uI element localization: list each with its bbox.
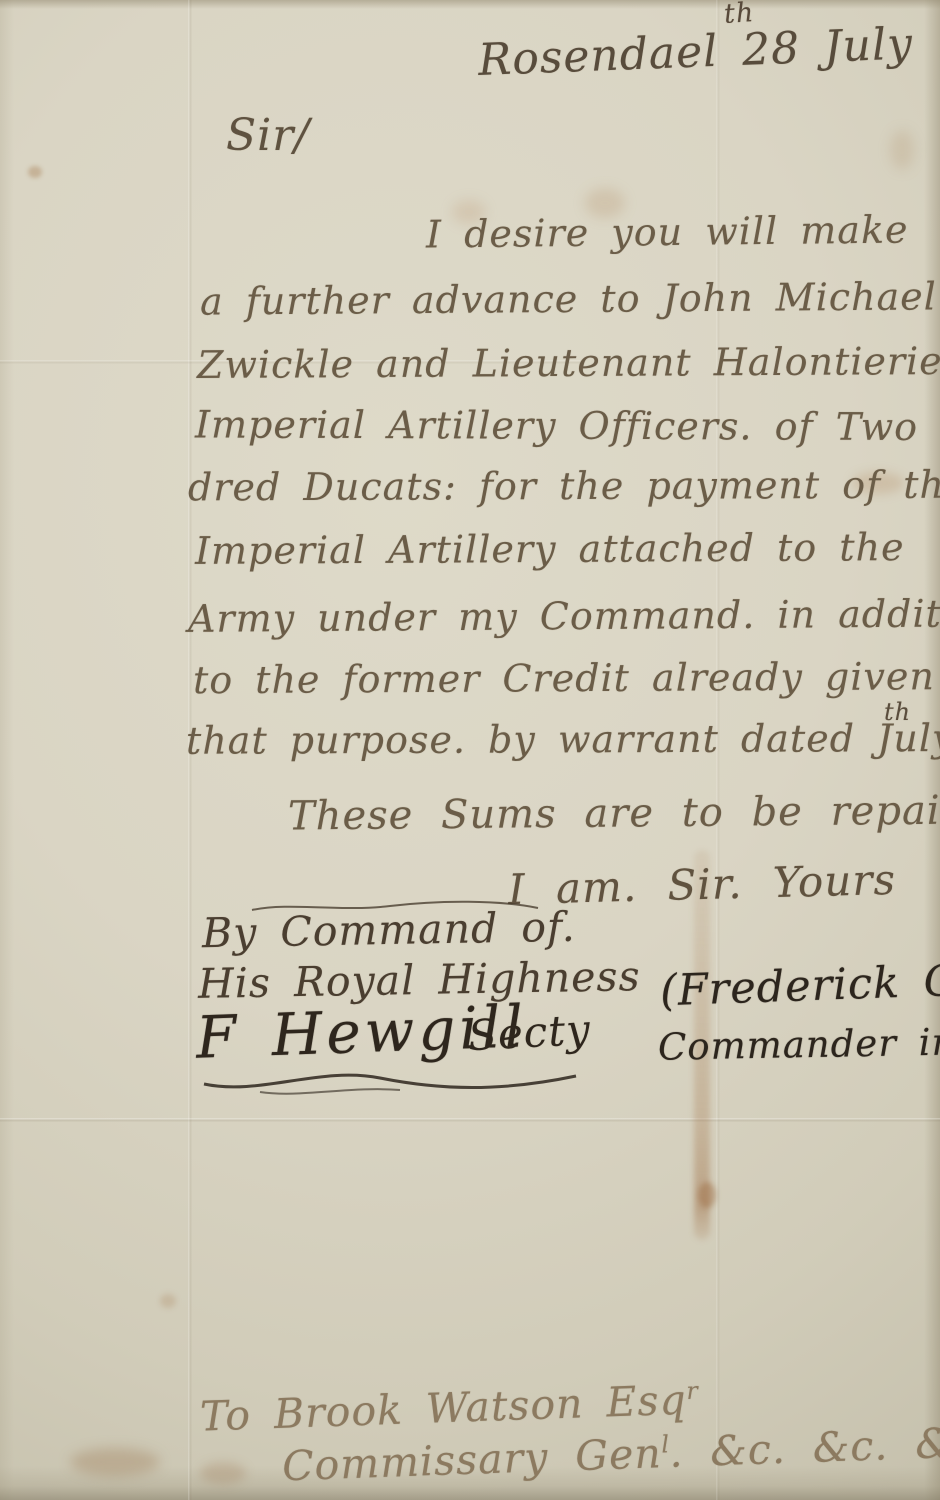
foxing-spot	[698, 1182, 716, 1208]
dateline: Rosendael 28 July 1794	[477, 13, 940, 86]
body-line: Imperial Artillery Officers. of Two hun …	[195, 402, 940, 449]
frederick-signature: (Frederick Genl	[659, 954, 940, 1017]
letter-page: th Rosendael 28 July 1794 Sir/ I desire …	[0, 0, 940, 1500]
body-line: a further advance to John Michael	[200, 274, 937, 323]
foxing-spot	[28, 166, 42, 178]
foxing-spot	[160, 1294, 176, 1308]
body-line: Army under my Command. in addition	[188, 591, 940, 641]
fold-crease-horizontal-lower	[0, 1118, 940, 1122]
body-line: to the former Credit already given for	[193, 654, 940, 702]
commander-in-chief-title: Commander in Chief	[658, 1018, 940, 1068]
by-command-line: By Command of.	[202, 903, 576, 958]
frederick-signature-text: (Frederick Gen	[659, 954, 940, 1016]
address-etcetera: . &c. &c. &c.	[668, 1418, 940, 1477]
address-title: Commissary Gen	[281, 1429, 662, 1490]
address-esquire-superscript: r	[686, 1377, 698, 1405]
smudge	[70, 1448, 160, 1476]
body-line: I desire you will make	[426, 207, 909, 256]
body-line: Imperial Artillery attached to the	[195, 525, 905, 573]
foxing-spot	[890, 130, 914, 170]
salutation: Sir/	[226, 110, 310, 161]
body-line: Zwickle and Lieutenant Halontierie	[197, 339, 940, 387]
body-line: that purpose. by warrant dated July 12. …	[186, 715, 940, 762]
body-line: These Sums are to be repaid ——	[288, 787, 940, 840]
smudge	[200, 1462, 246, 1484]
body-line: dred Ducats: for the payment of the	[188, 463, 940, 510]
secretary-title: Secty	[467, 1005, 592, 1060]
letter-photo: th Rosendael 28 July 1794 Sir/ I desire …	[0, 0, 940, 1500]
